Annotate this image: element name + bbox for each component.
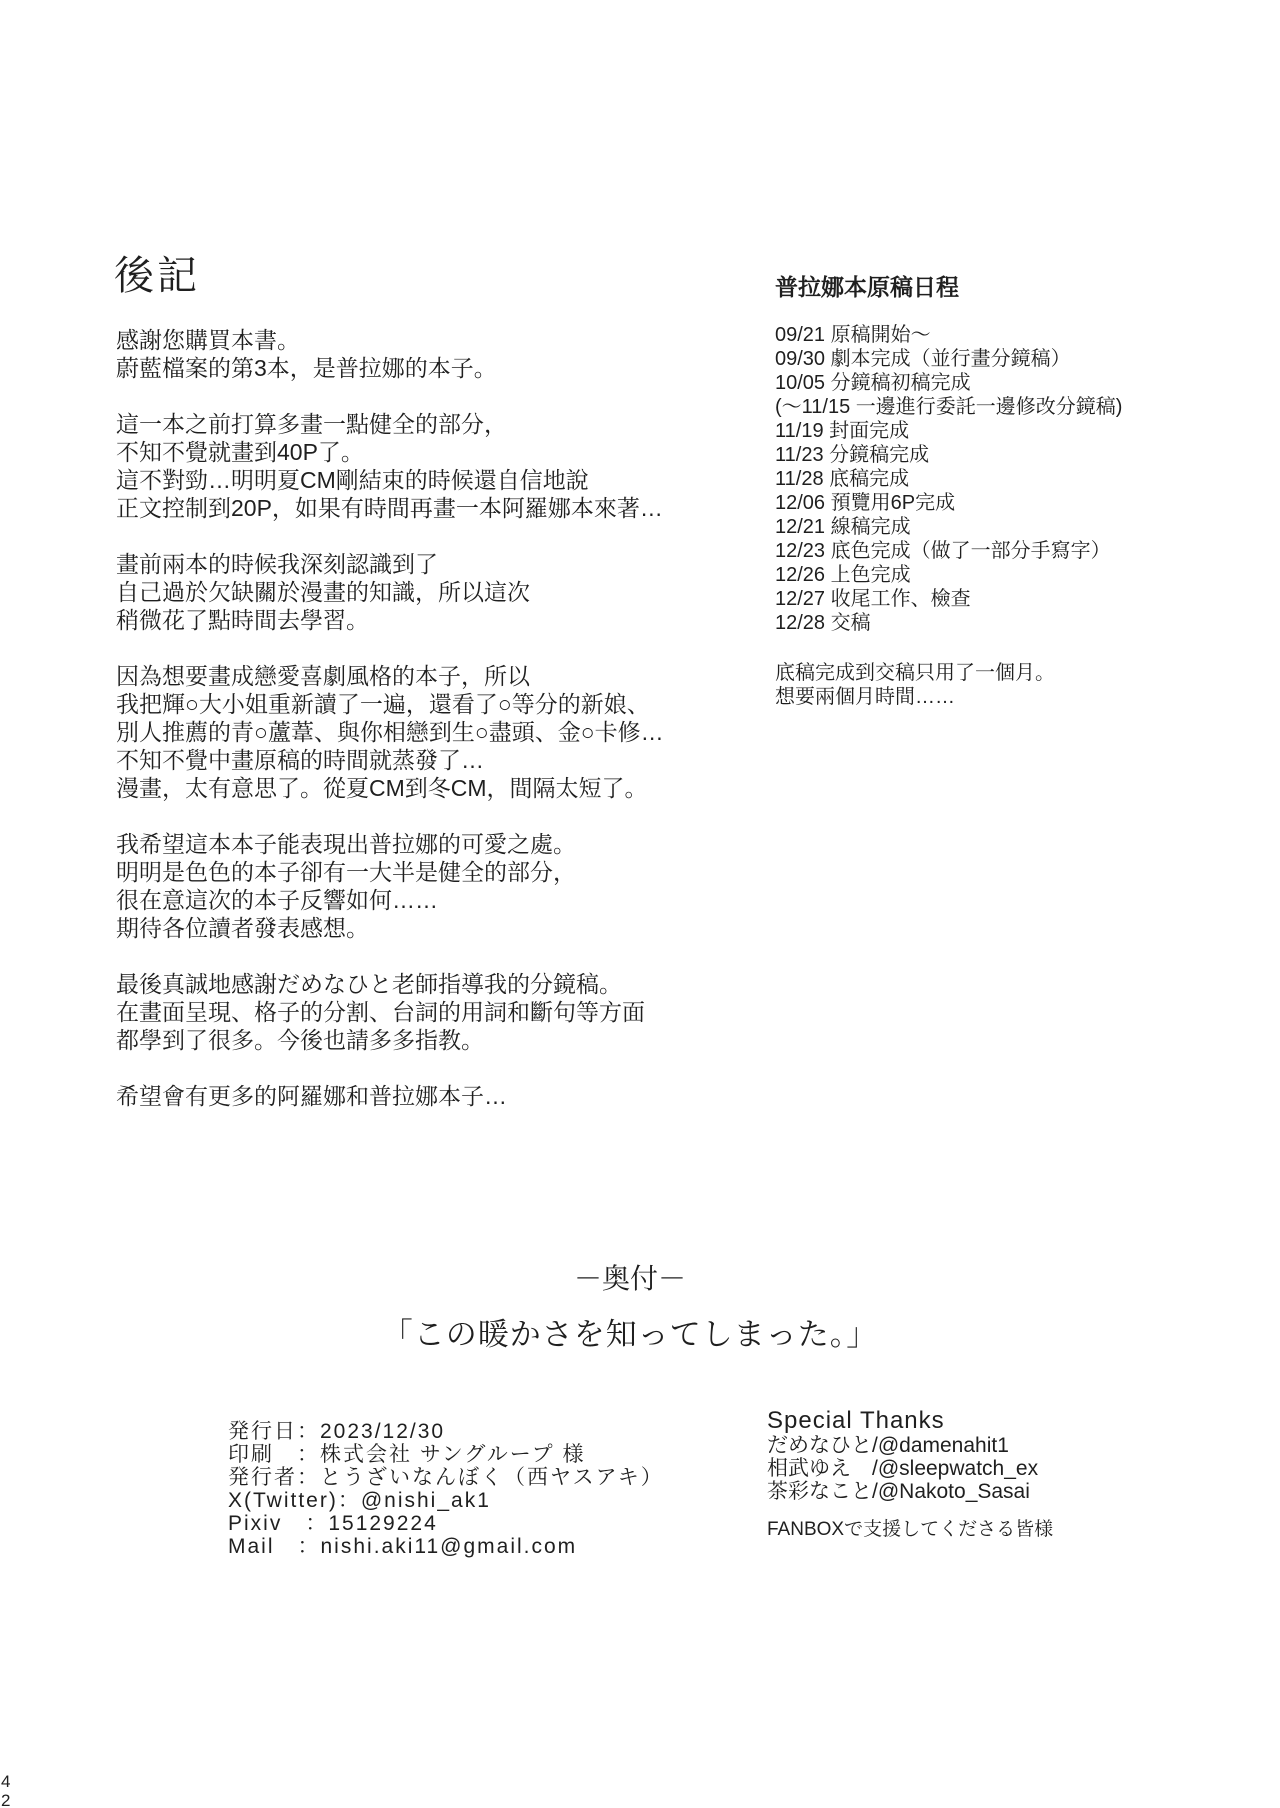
text-line: 09/21 原稿開始～ xyxy=(775,323,1255,347)
text-line: 12/06 預覽用6P完成 xyxy=(775,491,1255,515)
text-line: 12/26 上色完成 xyxy=(775,563,1255,587)
text-line: 11/19 封面完成 xyxy=(775,419,1255,443)
text-line: 09/30 劇本完成（並行畫分鏡稿） xyxy=(775,347,1255,371)
text-line: 都學到了很多。今後也請多多指教。 xyxy=(116,1026,716,1054)
afterword-body-text: 感謝您購買本書。蔚藍檔案的第3本，是普拉娜的本子。這一本之前打算多畫一點健全的部… xyxy=(116,326,716,1138)
text-line: 最後真誠地感謝だめなひと老師指導我的分鏡稿。 xyxy=(116,970,716,998)
colophon-section-title: －奥付－ xyxy=(0,1262,1260,1296)
text-line: 期待各位讀者發表感想。 xyxy=(116,914,716,942)
text-line: X(Twitter)：@nishi_ak1 xyxy=(228,1489,664,1512)
page-number: 4 2 xyxy=(1,1772,10,1808)
text-line: 自己過於欠缺關於漫畫的知識，所以這次 xyxy=(116,578,716,606)
special-thanks-people: だめなひと/@damenahit1相武ゆえ /@sleepwatch_ex茶彩な… xyxy=(767,1434,1053,1503)
text-line: 我把輝○大小姐重新讀了一遍，還看了○等分的新娘、 xyxy=(116,690,716,718)
book-title: 「この暖かさを知ってしまった。」 xyxy=(0,1315,1260,1355)
text-line: 漫畫，太有意思了。從夏CM到冬CM，間隔太短了。 xyxy=(116,774,716,802)
text-line: 感謝您購買本書。 xyxy=(116,326,716,354)
text-line: 希望會有更多的阿羅娜和普拉娜本子… xyxy=(116,1082,716,1110)
afterword-heading: 後記 xyxy=(114,255,200,297)
text-line: 我希望這本本子能表現出普拉娜的可愛之處。 xyxy=(116,830,716,858)
text-line: だめなひと/@damenahit1 xyxy=(767,1434,1053,1457)
text-line: 12/28 交稿 xyxy=(775,611,1255,635)
text-line: 在畫面呈現、格子的分割、台詞的用詞和斷句等方面 xyxy=(116,998,716,1026)
text-line: 想要兩個月時間…… xyxy=(775,685,1255,709)
text-line: 這一本之前打算多畫一點健全的部分， xyxy=(116,410,716,438)
publication-details: 発行日：2023/12/30印刷 ：株式会社 サングループ 様発行者：とうざいな… xyxy=(228,1420,664,1558)
text-line: 底稿完成到交稿只用了一個月。 xyxy=(775,661,1255,685)
paragraph: 因為想要畫成戀愛喜劇風格的本子，所以我把輝○大小姐重新讀了一遍，還看了○等分的新… xyxy=(116,662,716,802)
text-line: 正文控制到20P，如果有時間再畫一本阿羅娜本來著… xyxy=(116,494,716,522)
paragraph: 希望會有更多的阿羅娜和普拉娜本子… xyxy=(116,1082,716,1110)
text-line: 因為想要畫成戀愛喜劇風格的本子，所以 xyxy=(116,662,716,690)
page-number-digit: 2 xyxy=(1,1791,10,1808)
schedule-entry-list: 09/21 原稿開始～09/30 劇本完成（並行畫分鏡稿）10/05 分鏡稿初稿… xyxy=(775,323,1255,635)
schedule-note: 底稿完成到交稿只用了一個月。想要兩個月時間…… xyxy=(775,661,1255,709)
text-line: 印刷 ：株式会社 サングループ 様 xyxy=(228,1443,664,1466)
page-number-digit: 4 xyxy=(1,1772,10,1791)
text-line: 很在意這次的本子反響如何…… xyxy=(116,886,716,914)
special-thanks-block: Special Thanks だめなひと/@damenahit1相武ゆえ /@s… xyxy=(767,1408,1053,1541)
text-line: 稍微花了點時間去學習。 xyxy=(116,606,716,634)
paragraph: 最後真誠地感謝だめなひと老師指導我的分鏡稿。在畫面呈現、格子的分割、台詞的用詞和… xyxy=(116,970,716,1054)
paragraph: 畫前兩本的時候我深刻認識到了自己過於欠缺關於漫畫的知識，所以這次稍微花了點時間去… xyxy=(116,550,716,634)
paragraph: 感謝您購買本書。蔚藍檔案的第3本，是普拉娜的本子。 xyxy=(116,326,716,382)
text-line: 11/23 分鏡稿完成 xyxy=(775,443,1255,467)
schedule-heading: 普拉娜本原稿日程 xyxy=(775,274,959,300)
text-line: 相武ゆえ /@sleepwatch_ex xyxy=(767,1457,1053,1480)
text-line: 茶彩なこと/@Nakoto_Sasai xyxy=(767,1480,1053,1503)
text-line: 12/21 線稿完成 xyxy=(775,515,1255,539)
text-line: 12/27 收尾工作、檢查 xyxy=(775,587,1255,611)
afterword-page: 後記 感謝您購買本書。蔚藍檔案的第3本，是普拉娜的本子。這一本之前打算多畫一點健… xyxy=(0,0,1280,1808)
text-line: 10/05 分鏡稿初稿完成 xyxy=(775,371,1255,395)
paragraph: 這一本之前打算多畫一點健全的部分，不知不覺就畫到40P了。這不對勁…明明夏CM剛… xyxy=(116,410,716,522)
special-thanks-heading: Special Thanks xyxy=(767,1408,1053,1434)
text-line: 畫前兩本的時候我深刻認識到了 xyxy=(116,550,716,578)
text-line: 蔚藍檔案的第3本，是普拉娜的本子。 xyxy=(116,354,716,382)
text-line: Mail ：nishi.aki11@gmail.com xyxy=(228,1535,664,1558)
text-line: 11/28 底稿完成 xyxy=(775,467,1255,491)
text-line: 明明是色色的本子卻有一大半是健全的部分， xyxy=(116,858,716,886)
text-line: (～11/15 一邊進行委託一邊修改分鏡稿) xyxy=(775,395,1255,419)
text-line: 這不對勁…明明夏CM剛結束的時候還自信地說 xyxy=(116,466,716,494)
fanbox-supporters-line: FANBOXで支援してくださる皆様 xyxy=(767,1519,1053,1541)
text-line: 発行者：とうざいなんぼく（西ヤスアキ） xyxy=(228,1466,664,1489)
text-line: 発行日：2023/12/30 xyxy=(228,1420,664,1443)
text-line: 不知不覺就畫到40P了。 xyxy=(116,438,716,466)
text-line: 別人推薦的青○蘆葦、與你相戀到生○盡頭、金○卡修… xyxy=(116,718,716,746)
text-line: 12/23 底色完成（做了一部分手寫字） xyxy=(775,539,1255,563)
text-line: Pixiv ：15129224 xyxy=(228,1512,664,1535)
paragraph: 我希望這本本子能表現出普拉娜的可愛之處。明明是色色的本子卻有一大半是健全的部分，… xyxy=(116,830,716,942)
text-line: 不知不覺中畫原稿的時間就蒸發了… xyxy=(116,746,716,774)
